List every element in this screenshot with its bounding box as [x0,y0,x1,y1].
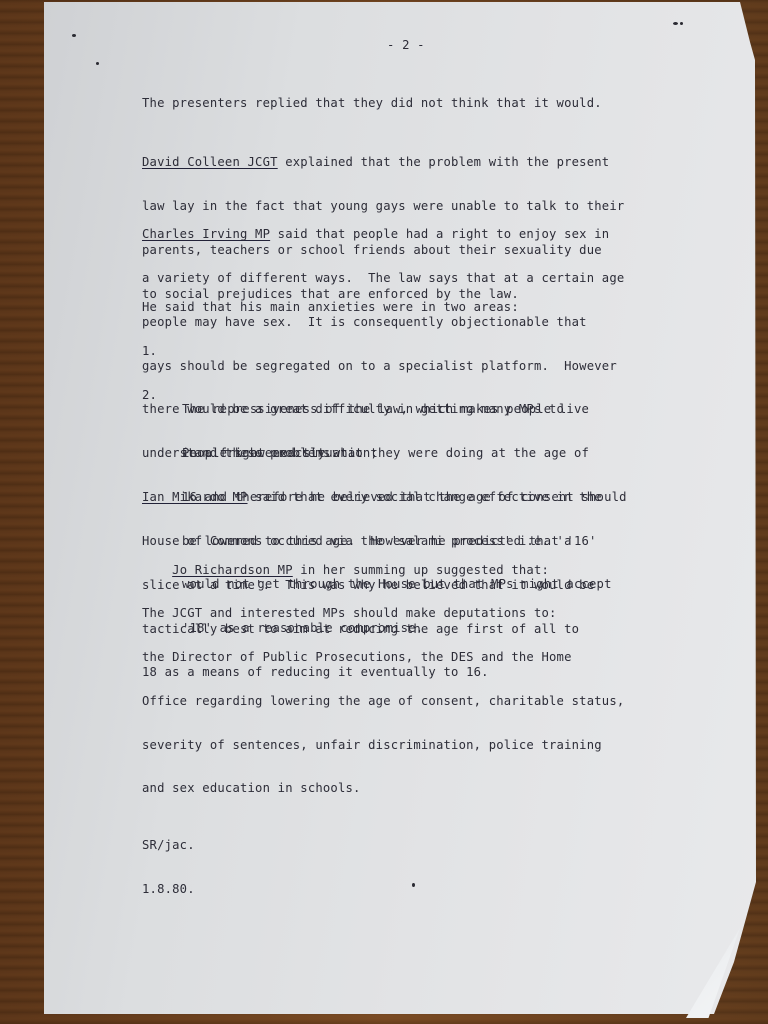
ink-speck [72,34,76,37]
text-line: a variety of different ways. The law say… [142,271,624,286]
page-number: - 2 - [387,38,425,53]
text-line: People knew exactly what they were doing… [182,446,627,461]
paragraph-presenters-reply: The presenters replied that they did not… [142,96,602,111]
text-line: House of Commons occured via the 'salami… [142,534,602,549]
text-line: the Director of Public Prosecutions, the… [142,650,624,665]
speaker-name: Charles Irving MP [142,227,270,241]
text-line: and sex education in schools. [142,781,624,796]
paragraph-anxieties-intro: He said that his main anxieties were in … [142,300,519,315]
reference-initials: SR/jac. [142,838,195,853]
speaker-name: Jo Richardson MP [172,563,293,577]
text-line: in her summing up suggested that: [293,563,549,577]
speaker-name: Ian Mikardo MP [142,490,248,504]
signoff: SR/jac. 1.8.80. [142,809,195,926]
text-line: The JCGT and interested MPs should make … [142,606,624,621]
list-number: 2. [142,388,157,403]
text-line: said that people had a right to enjoy se… [270,227,609,241]
document-date: 1.8.80. [142,882,195,897]
list-number: 1. [142,344,157,359]
list-item: 2. People knew exactly what they were do… [142,373,712,431]
text-line: said that every social change effective … [248,490,602,504]
text-line: Office regarding lowering the age of con… [142,694,624,709]
ink-speck [412,883,415,887]
speaker-name: David Colleen JCGT [142,155,278,169]
paragraph-deputations: The JCGT and interested MPs should make … [142,577,624,825]
text-line: explained that the problem with the pres… [278,155,610,169]
text-line: people may have sex. It is consequently … [142,315,624,330]
ink-speck [673,22,678,25]
ink-speck [96,62,99,65]
text-line: severity of sentences, unfair discrimina… [142,738,624,753]
ink-speck [680,22,683,25]
